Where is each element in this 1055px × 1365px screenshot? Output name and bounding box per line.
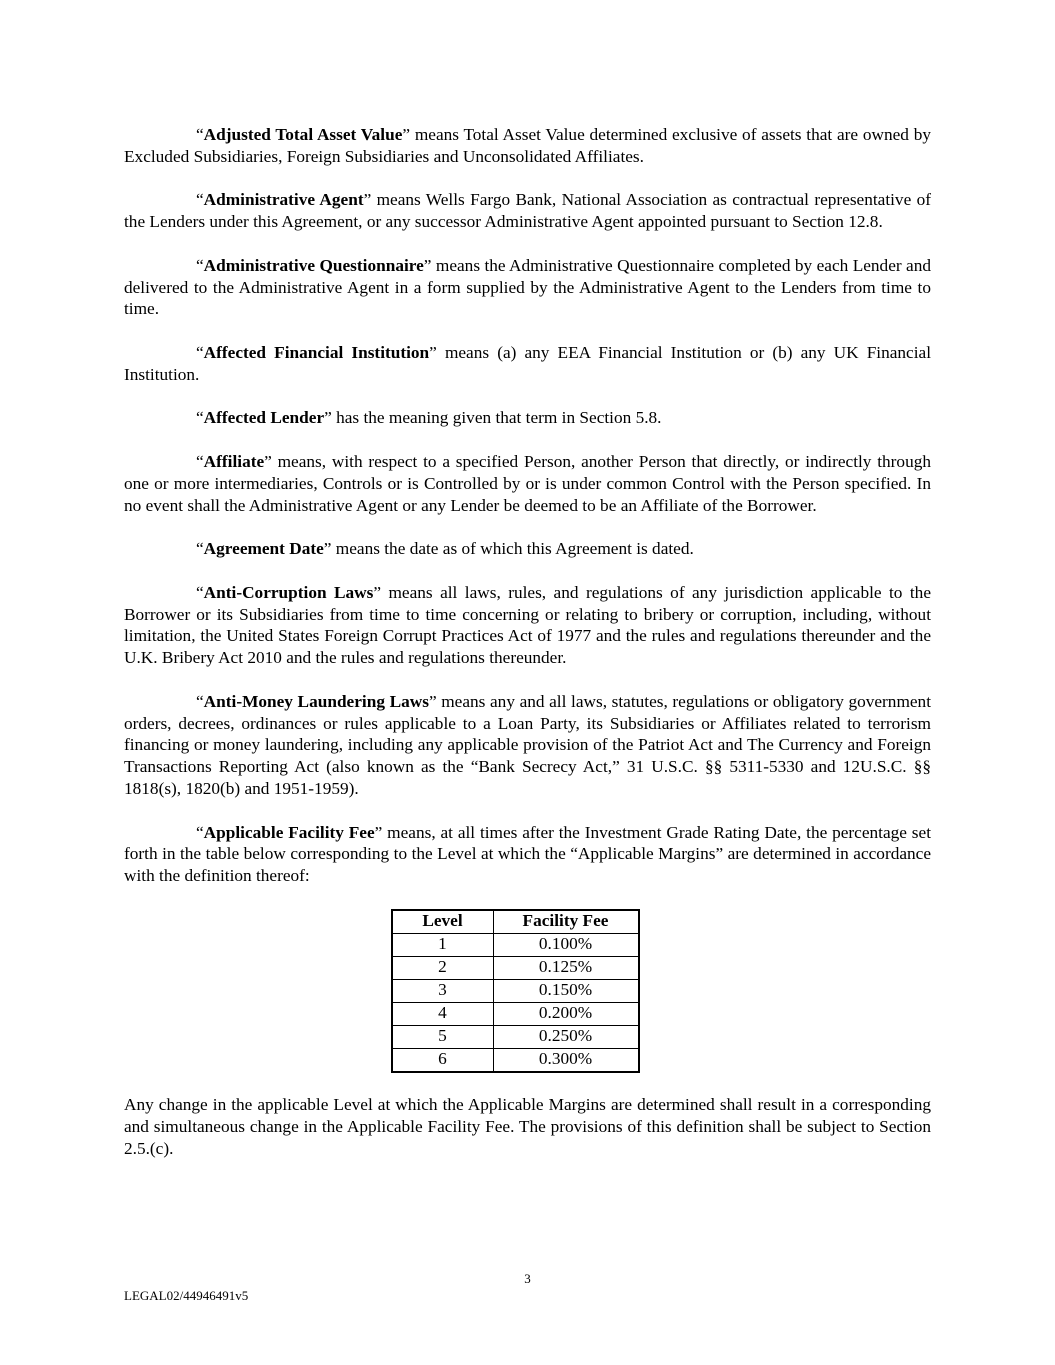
spacer bbox=[124, 429, 931, 451]
defined-term: Administrative Agent bbox=[204, 190, 364, 209]
header-facility-fee: Facility Fee bbox=[493, 910, 639, 934]
spacer bbox=[124, 669, 931, 691]
definition-paragraph: “Anti-Money Laundering Laws” means any a… bbox=[124, 691, 931, 800]
level-cell: 4 bbox=[392, 1002, 494, 1025]
defined-term: Agreement Date bbox=[204, 539, 324, 558]
table-row: 30.150% bbox=[392, 979, 639, 1002]
defined-term: Affiliate bbox=[204, 452, 264, 471]
level-cell: 1 bbox=[392, 933, 494, 956]
closing-paragraph: Any change in the applicable Level at wh… bbox=[124, 1094, 931, 1159]
defined-term: Affected Financial Institution bbox=[204, 343, 430, 362]
close-quote: ” bbox=[373, 583, 381, 602]
close-quote: ” bbox=[402, 125, 410, 144]
level-cell: 5 bbox=[392, 1025, 494, 1048]
table-row: 40.200% bbox=[392, 1002, 639, 1025]
header-level: Level bbox=[392, 910, 494, 934]
defined-term: Anti-Money Laundering Laws bbox=[204, 692, 429, 711]
document-id: LEGAL02/44946491v5 bbox=[124, 1288, 248, 1304]
spacer bbox=[124, 386, 931, 408]
facility-fee-cell: 0.100% bbox=[493, 933, 639, 956]
open-quote: “ bbox=[196, 125, 204, 144]
facility-fee-cell: 0.125% bbox=[493, 956, 639, 979]
level-cell: 2 bbox=[392, 956, 494, 979]
open-quote: “ bbox=[196, 823, 204, 842]
open-quote: “ bbox=[196, 343, 204, 362]
definition-paragraph: “Adjusted Total Asset Value” means Total… bbox=[124, 124, 931, 168]
spacer bbox=[124, 516, 931, 538]
close-quote: ” bbox=[324, 408, 332, 427]
spacer bbox=[124, 887, 931, 909]
table-row: 10.100% bbox=[392, 933, 639, 956]
table-header-row: Level Facility Fee bbox=[392, 910, 639, 934]
defined-term: Affected Lender bbox=[204, 408, 324, 427]
table-row: 20.125% bbox=[392, 956, 639, 979]
definition-paragraph: “Affected Lender” has the meaning given … bbox=[124, 407, 931, 429]
facility-fee-table: Level Facility Fee 10.100%20.125%30.150%… bbox=[391, 909, 640, 1073]
spacer bbox=[124, 233, 931, 255]
definition-paragraph: “Agreement Date” means the date as of wh… bbox=[124, 538, 931, 560]
close-quote: ” bbox=[429, 692, 437, 711]
open-quote: “ bbox=[196, 190, 204, 209]
definition-paragraph: “Affiliate” means, with respect to a spe… bbox=[124, 451, 931, 516]
defined-term: Anti-Corruption Laws bbox=[204, 583, 374, 602]
open-quote: “ bbox=[196, 539, 204, 558]
open-quote: “ bbox=[196, 408, 204, 427]
page-number: 3 bbox=[0, 1271, 1055, 1287]
close-quote: ” bbox=[429, 343, 437, 362]
defined-term: Administrative Questionnaire bbox=[204, 256, 424, 275]
facility-fee-cell: 0.250% bbox=[493, 1025, 639, 1048]
spacer bbox=[124, 1073, 931, 1095]
definition-body: means the date as of which this Agreemen… bbox=[331, 539, 693, 558]
spacer bbox=[124, 320, 931, 342]
facility-fee-cell: 0.150% bbox=[493, 979, 639, 1002]
level-cell: 3 bbox=[392, 979, 494, 1002]
spacer bbox=[124, 560, 931, 582]
definition-paragraph: “Anti-Corruption Laws” means all laws, r… bbox=[124, 582, 931, 669]
facility-fee-cell: 0.200% bbox=[493, 1002, 639, 1025]
table-row: 60.300% bbox=[392, 1048, 639, 1072]
open-quote: “ bbox=[196, 256, 204, 275]
definition-paragraph: “Affected Financial Institution” means (… bbox=[124, 342, 931, 386]
level-cell: 6 bbox=[392, 1048, 494, 1072]
definitions-list: “Adjusted Total Asset Value” means Total… bbox=[124, 124, 931, 909]
facility-fee-cell: 0.300% bbox=[493, 1048, 639, 1072]
spacer bbox=[124, 800, 931, 822]
defined-term: Adjusted Total Asset Value bbox=[204, 125, 403, 144]
definition-body: has the meaning given that term in Secti… bbox=[332, 408, 662, 427]
open-quote: “ bbox=[196, 583, 204, 602]
definition-paragraph: “Administrative Agent” means Wells Fargo… bbox=[124, 189, 931, 233]
close-quote: ” bbox=[264, 452, 272, 471]
facility-fee-table-container: Level Facility Fee 10.100%20.125%30.150%… bbox=[124, 909, 931, 1073]
defined-term: Applicable Facility Fee bbox=[204, 823, 375, 842]
table-row: 50.250% bbox=[392, 1025, 639, 1048]
spacer bbox=[124, 168, 931, 190]
definition-paragraph: “Administrative Questionnaire” means the… bbox=[124, 255, 931, 320]
definition-paragraph: “Applicable Facility Fee” means, at all … bbox=[124, 822, 931, 887]
open-quote: “ bbox=[196, 692, 204, 711]
facility-fee-table-body: 10.100%20.125%30.150%40.200%50.250%60.30… bbox=[392, 933, 639, 1072]
document-page: “Adjusted Total Asset Value” means Total… bbox=[124, 124, 931, 1160]
open-quote: “ bbox=[196, 452, 204, 471]
